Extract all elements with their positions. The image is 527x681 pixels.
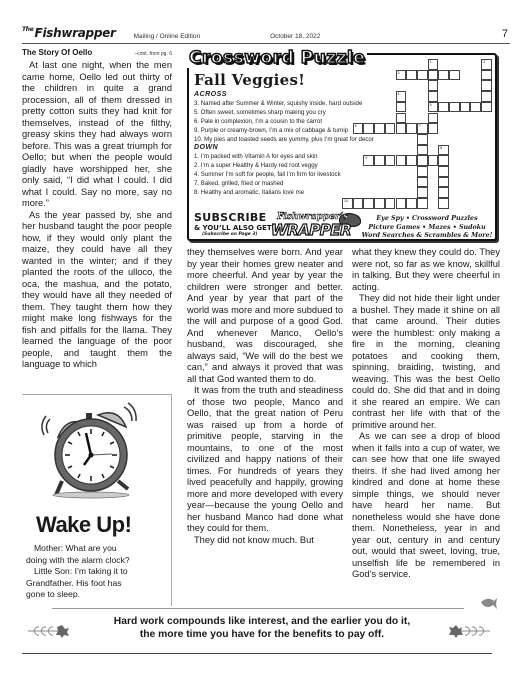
crossword-cell[interactable] xyxy=(481,102,492,113)
leaf-branch-icon xyxy=(448,624,492,638)
crossword-cell[interactable] xyxy=(470,102,481,113)
wrapper-logo: Fishwrapper’s WRAPPER xyxy=(271,212,361,240)
crossword-cell[interactable] xyxy=(374,198,385,209)
story-title: The Story Of Oello xyxy=(22,48,92,58)
across-heading: ACROSS xyxy=(194,91,227,98)
crossword-title: Crossword Puzzle xyxy=(187,48,367,68)
crossword-cell[interactable] xyxy=(481,70,492,81)
paragraph: As we can see a drop of blood when it fa… xyxy=(352,431,500,581)
cell-number: 7 xyxy=(419,124,421,128)
cell-number: 10 xyxy=(344,199,348,203)
crossword-cell[interactable] xyxy=(417,177,428,188)
clue-across-3: 3. Named after Summer & Winter, squishy … xyxy=(194,99,362,108)
crossword-cell[interactable] xyxy=(481,91,492,102)
crossword-cell[interactable] xyxy=(385,155,396,166)
joke-title: Wake Up! xyxy=(36,512,131,538)
clue-down-4: 4. Summer I’m soft for people, fall I’m … xyxy=(194,170,341,179)
crossword-cell[interactable] xyxy=(428,123,439,134)
clue-down-8: 8. Healthy and aromatic, Italians love m… xyxy=(194,188,304,197)
crossword-cell[interactable] xyxy=(417,70,428,81)
down-heading: DOWN xyxy=(194,144,218,151)
crossword-subtitle: Fall Veggies! xyxy=(194,71,305,89)
clue-across-10: 10. My pies and toasted seeds are yummy,… xyxy=(194,135,374,144)
crossword-cell[interactable] xyxy=(460,102,471,113)
crossword-cell[interactable] xyxy=(374,155,385,166)
crossword-cell[interactable] xyxy=(438,177,449,188)
divider xyxy=(52,608,464,609)
page-number: 7 xyxy=(502,28,508,40)
cell-number: 6 xyxy=(355,124,357,128)
footer-rule xyxy=(22,653,492,654)
crossword-cell[interactable]: 10 xyxy=(342,198,353,209)
paragraph: They did not hide their light under a bu… xyxy=(352,293,500,431)
edition-label: Mailing / Online Edition xyxy=(134,33,200,40)
crossword-cell[interactable] xyxy=(385,198,396,209)
clue-down-2: 2. I’m a super Healthy & Hardy red root … xyxy=(194,161,318,170)
paragraph: At last one night, when the men came hom… xyxy=(22,60,172,210)
crossword-cell[interactable] xyxy=(406,198,417,209)
crossword-cell[interactable] xyxy=(428,91,439,102)
masthead-logo: TheFishwrapper xyxy=(22,26,116,40)
crossword-cell[interactable]: 7 xyxy=(417,123,428,134)
crossword-cell[interactable] xyxy=(396,113,407,124)
continued-note: –cont. from pg. 6 xyxy=(134,49,172,59)
alarm-clock-icon xyxy=(36,399,146,499)
clue-across-9: 9. Purple or creamy-brown, I’m a mix of … xyxy=(194,126,348,135)
cell-number: 5 xyxy=(430,103,432,107)
issue-date: October 18, 2022 xyxy=(270,33,320,40)
crossword-cell[interactable]: 8 xyxy=(438,145,449,156)
crossword-cell[interactable] xyxy=(406,123,417,134)
crossword-cell[interactable] xyxy=(417,145,428,156)
cell-number: 9 xyxy=(365,156,367,160)
paragraph: what they knew they could do. They were … xyxy=(352,247,500,293)
joke-text: Mother: What are you doing with the alar… xyxy=(26,543,176,601)
clue-across-5: 5. Often sweet, sometimes sharp making y… xyxy=(194,108,326,117)
crossword-cell[interactable]: 3 xyxy=(396,70,407,81)
crossword-cell[interactable] xyxy=(449,102,460,113)
crossword-cell[interactable] xyxy=(428,155,439,166)
cell-number: 2 xyxy=(483,60,485,64)
crossword-cell[interactable] xyxy=(363,198,374,209)
crossword-cell[interactable] xyxy=(385,123,396,134)
story-column-3: what they knew they could do. They were … xyxy=(352,247,500,581)
crossword-cell[interactable]: 1 xyxy=(428,59,439,70)
crossword-cell[interactable] xyxy=(396,102,407,113)
crossword-cell[interactable]: 5 xyxy=(428,102,439,113)
crossword-cell[interactable] xyxy=(428,80,439,91)
quote: Hard work compounds like interest, and t… xyxy=(70,616,454,641)
crossword-cell[interactable] xyxy=(406,70,417,81)
crossword-cell[interactable] xyxy=(438,166,449,177)
crossword-box: Crossword Puzzle Fall Veggies! ACROSS 3.… xyxy=(187,53,497,241)
cell-number: 8 xyxy=(440,146,442,150)
crossword-cell[interactable] xyxy=(438,102,449,113)
cell-number: 4 xyxy=(398,92,400,96)
crossword-cell[interactable]: 4 xyxy=(396,91,407,102)
fish-icon xyxy=(480,596,498,610)
crossword-cell[interactable] xyxy=(417,134,428,145)
crossword-cell[interactable] xyxy=(428,113,439,124)
crossword-cell[interactable] xyxy=(417,198,428,209)
subscribe-promo: SUBSCRIBE & YOU’LL ALSO GET (Subscribe o… xyxy=(194,211,272,237)
crossword-cell[interactable] xyxy=(417,187,428,198)
clue-across-6: 6. Pale in complexion, I’m a cousin to t… xyxy=(194,117,322,126)
story-heading: The Story Of Oello –cont. from pg. 6 xyxy=(22,48,172,59)
crossword-cell[interactable] xyxy=(396,198,407,209)
paragraph: They did not know much. But xyxy=(187,535,343,547)
paragraph: they themselves were born. And year by y… xyxy=(187,247,343,385)
crossword-cell[interactable] xyxy=(438,198,449,209)
crossword-cell[interactable] xyxy=(481,80,492,91)
page-header: TheFishwrapper Mailing / Online Edition … xyxy=(22,24,510,44)
crossword-cell[interactable] xyxy=(428,70,439,81)
paragraph: It was from the truth and steadiness of … xyxy=(187,385,343,535)
crossword-cell[interactable] xyxy=(417,155,428,166)
crossword-cell[interactable] xyxy=(449,70,460,81)
paragraph: As the year passed by, she and her husba… xyxy=(22,210,172,371)
crossword-cell[interactable]: 9 xyxy=(363,155,374,166)
crossword-cell[interactable] xyxy=(396,155,407,166)
crossword-cell[interactable] xyxy=(353,198,364,209)
leaf-branch-icon xyxy=(26,624,70,638)
crossword-cell[interactable] xyxy=(406,155,417,166)
cell-number: 1 xyxy=(430,60,432,64)
crossword-cell[interactable] xyxy=(363,123,374,134)
clue-down-1: 1. I’m packed with Vitamin A for eyes an… xyxy=(194,152,318,161)
crossword-cell[interactable] xyxy=(438,155,449,166)
crossword-cell[interactable] xyxy=(374,123,385,134)
story-column-2: they themselves were born. And year by y… xyxy=(187,247,343,546)
story-column-1: The Story Of Oello –cont. from pg. 6 At … xyxy=(22,48,172,371)
crossword-cell[interactable] xyxy=(396,123,407,134)
clue-down-7: 7. Baked, grilled, fried or mashed xyxy=(194,179,283,188)
crossword-cell[interactable] xyxy=(417,166,428,177)
joke-box: Wake Up! Mother: What are you doing with… xyxy=(22,394,172,606)
crossword-cell[interactable] xyxy=(438,70,449,81)
crossword-cell[interactable]: 6 xyxy=(353,123,364,134)
crossword-cell[interactable] xyxy=(438,187,449,198)
cell-number: 3 xyxy=(398,71,400,75)
crossword-cell[interactable]: 2 xyxy=(481,59,492,70)
wrapper-extras-list: Eye Spy • Crossword Puzzles Picture Game… xyxy=(361,215,493,241)
